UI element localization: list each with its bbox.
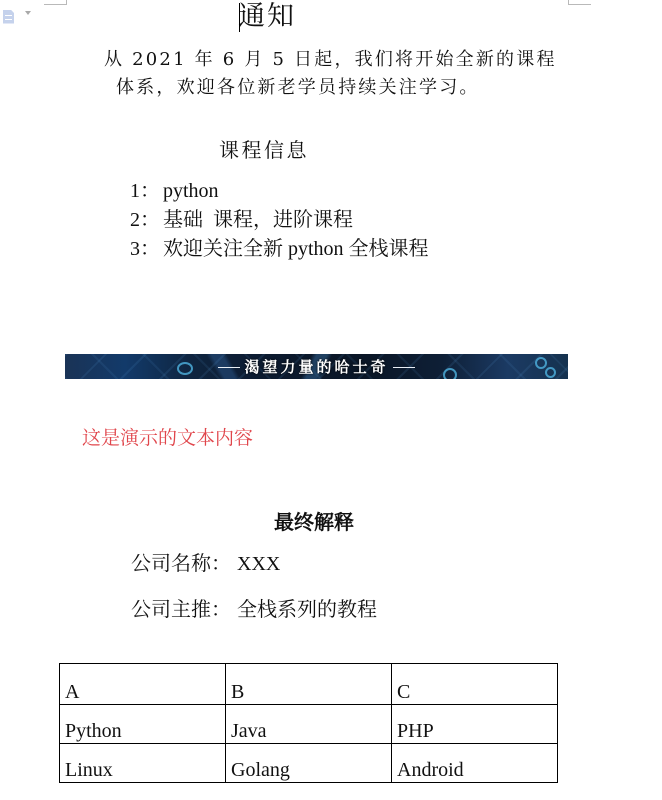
document-page-glyph	[3, 10, 14, 24]
course-list: 1：python 2：基础 课程，进阶课程 3：欢迎关注全新 python 全栈…	[130, 177, 429, 264]
table-cell[interactable]: C	[392, 664, 558, 705]
document-title: 通知	[238, 0, 296, 34]
text-cursor	[239, 3, 240, 32]
company-name-line: 公司名称：XXX	[131, 550, 280, 578]
list-item-text: 欢迎关注全新 python 全栈课程	[163, 238, 429, 260]
table-cell[interactable]: B	[226, 664, 392, 705]
banner-dash-left	[218, 367, 240, 368]
company-product-line: 公司主推：全栈系列的教程	[131, 596, 377, 624]
banner-caption-text: 渴望力量的哈士奇	[244, 358, 388, 376]
intro-line-2: 体系，欢迎各位新老学员持续关注学习。	[104, 74, 574, 102]
circuit-ring-decoration	[545, 367, 556, 378]
list-item-number: 1：	[130, 177, 163, 206]
caret-down-icon[interactable]	[25, 11, 31, 15]
intro-line-1: 从 2021 年 6 月 5 日起，我们将开始全新的课程	[104, 46, 574, 74]
demo-red-text: 这是演示的文本内容	[82, 424, 253, 452]
data-table: A B C Python Java PHP Linux Golang Andro…	[59, 663, 558, 783]
table-cell[interactable]: A	[60, 664, 226, 705]
company-product-label: 公司主推：	[131, 599, 231, 621]
table-row: A B C	[60, 664, 558, 705]
table-cell[interactable]: Python	[60, 705, 226, 744]
page-corner-mark-left	[44, 0, 67, 5]
list-item: 3：欢迎关注全新 python 全栈课程	[130, 235, 429, 264]
table-cell[interactable]: Golang	[226, 744, 392, 783]
circuit-ring-decoration	[535, 357, 547, 369]
company-product-value: 全栈系列的教程	[237, 599, 377, 621]
course-info-heading: 课程信息	[219, 136, 309, 164]
table-row: Linux Golang Android	[60, 744, 558, 783]
table-cell[interactable]: Linux	[60, 744, 226, 783]
company-name-label: 公司名称：	[131, 553, 231, 575]
banner-caption: 渴望力量的哈士奇	[214, 356, 418, 377]
intro-paragraph: 从 2021 年 6 月 5 日起，我们将开始全新的课程 体系，欢迎各位新老学员…	[104, 46, 574, 102]
banner-dash-right	[393, 367, 415, 368]
table-cell[interactable]: Android	[392, 744, 558, 783]
list-item-text: python	[163, 180, 219, 202]
table-row: Python Java PHP	[60, 705, 558, 744]
banner-image[interactable]: 渴望力量的哈士奇	[65, 354, 568, 379]
list-item: 1：python	[130, 177, 429, 206]
table-cell[interactable]: Java	[226, 705, 392, 744]
table-cell[interactable]: PHP	[392, 705, 558, 744]
list-item-number: 3：	[130, 235, 163, 264]
company-name-value: XXX	[237, 553, 280, 575]
list-item-text: 基础 课程，进阶课程	[163, 209, 353, 231]
list-item: 2：基础 课程，进阶课程	[130, 206, 429, 235]
document-icon[interactable]	[3, 9, 15, 24]
circuit-ring-decoration	[177, 362, 193, 375]
final-explanation-heading: 最终解释	[274, 509, 354, 537]
page-corner-mark-right	[568, 0, 591, 5]
circuit-ring-decoration	[443, 368, 457, 379]
list-item-number: 2：	[130, 206, 163, 235]
